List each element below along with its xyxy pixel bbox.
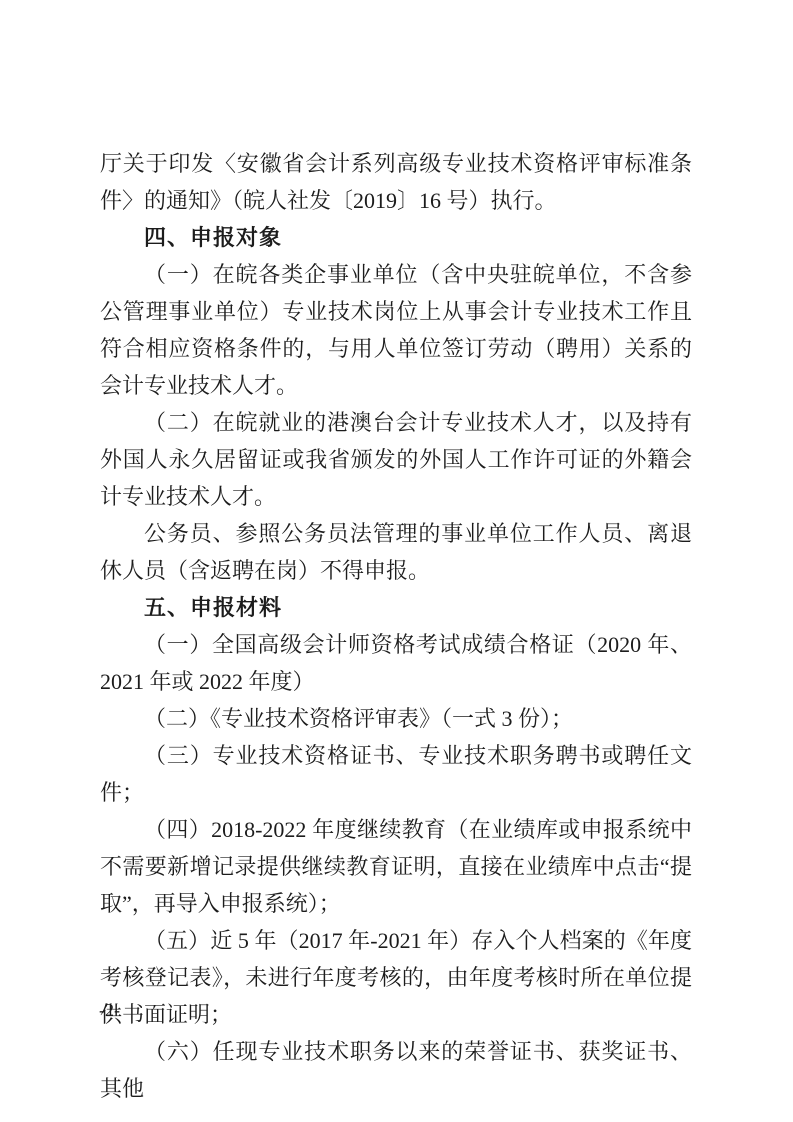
document-body: 厅关于印发〈安徽省会计系列高级专业技术资格评审标准条件〉的通知》（皖人社发〔20… bbox=[100, 145, 692, 1107]
material-item-3: （三）专业技术资格证书、专业技术职务聘书或聘任文件； bbox=[100, 737, 692, 811]
material-item-1: （一）全国高级会计师资格考试成绩合格证（2020 年、2021 年或 2022 … bbox=[100, 626, 692, 700]
page-number: -2- bbox=[99, 999, 120, 1021]
paragraph-item-2: （二）在皖就业的港澳台会计专业技术人才，以及持有外国人永久居留证或我省颁发的外国… bbox=[100, 404, 692, 515]
paragraph-item-1: （一）在皖各类企事业单位（含中央驻皖单位，不含参公管理事业单位）专业技术岗位上从… bbox=[100, 256, 692, 404]
material-item-4: （四）2018-2022 年度继续教育（在业绩库或申报系统中不需要新增记录提供继… bbox=[100, 811, 692, 922]
paragraph-continuation: 厅关于印发〈安徽省会计系列高级专业技术资格评审标准条件〉的通知》（皖人社发〔20… bbox=[100, 145, 692, 219]
material-item-5: （五）近 5 年（2017 年-2021 年）存入个人档案的《年度考核登记表》，… bbox=[100, 922, 692, 1033]
material-item-2: （二）《专业技术资格评审表》（一式 3 份）； bbox=[100, 700, 692, 737]
document-page: 厅关于印发〈安徽省会计系列高级专业技术资格评审标准条件〉的通知》（皖人社发〔20… bbox=[0, 0, 793, 1122]
section-heading-4: 四、申报对象 bbox=[100, 219, 692, 256]
paragraph-civil-servant-note: 公务员、参照公务员法管理的事业单位工作人员、离退休人员（含返聘在岗）不得申报。 bbox=[100, 515, 692, 589]
material-item-6: （六）任现专业技术职务以来的荣誉证书、获奖证书、其他 bbox=[100, 1033, 692, 1107]
section-heading-5: 五、申报材料 bbox=[100, 589, 692, 626]
